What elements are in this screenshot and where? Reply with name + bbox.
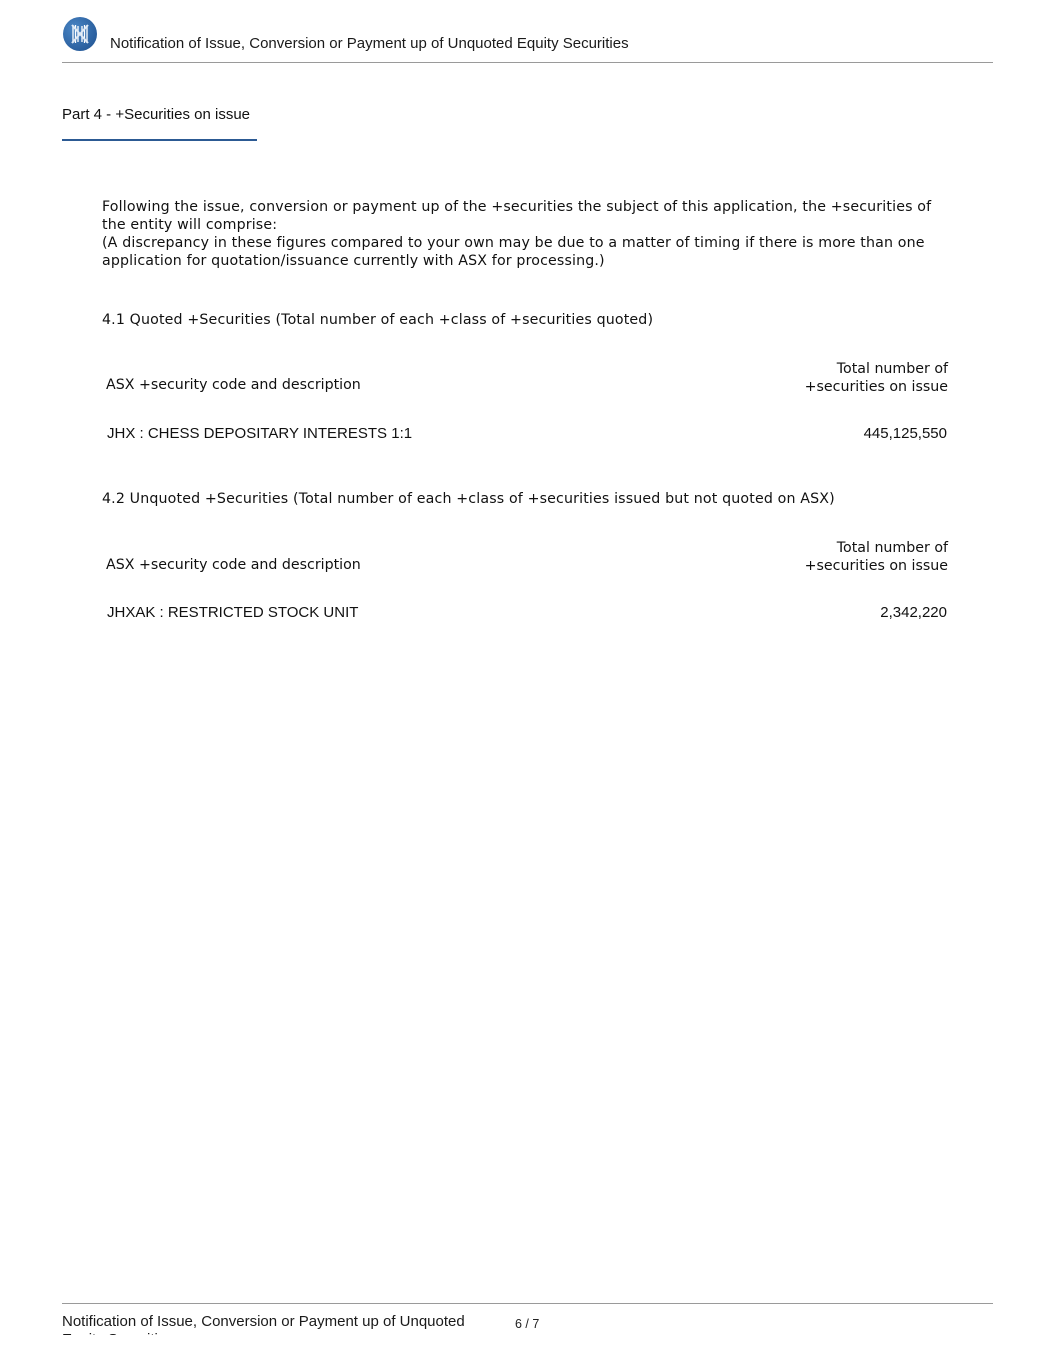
security-total: 2,342,220 [880,604,947,621]
document-title: Notification of Issue, Conversion or Pay… [110,35,629,52]
column-header-total-line1: Total number of [805,360,948,378]
security-total: 445,125,550 [864,425,947,442]
column-header-total-line2: +securities on issue [805,557,948,575]
column-header-total: Total number of +securities on issue [805,360,948,396]
part-title-underline [62,139,257,141]
part-title: Part 4 - +Securities on issue [62,106,250,123]
section-heading-quoted: 4.1 Quoted +Securities (Total number of … [102,312,952,328]
intro-line-1: Following the issue, conversion or payme… [102,198,952,234]
intro-line-2: (A discrepancy in these figures compared… [102,234,952,270]
section-heading-unquoted: 4.2 Unquoted +Securities (Total number o… [102,491,952,507]
column-header-total-line1: Total number of [805,539,948,557]
column-header-total-line2: +securities on issue [805,378,948,396]
column-header-description: ASX +security code and description [106,377,361,393]
column-header-description: ASX +security code and description [106,557,361,573]
page-header: Notification of Issue, Conversion or Pay… [62,16,993,63]
footer-title: Notification of Issue, Conversion or Pay… [62,1313,492,1335]
asx-logo-icon [63,17,97,51]
column-header-total: Total number of +securities on issue [805,539,948,575]
security-description: JHX : CHESS DEPOSITARY INTERESTS 1:1 [107,425,412,442]
intro-text: Following the issue, conversion or payme… [102,198,952,270]
page-number: 6 / 7 [515,1317,539,1331]
footer-divider [62,1303,993,1304]
security-description: JHXAK : RESTRICTED STOCK UNIT [107,604,358,621]
